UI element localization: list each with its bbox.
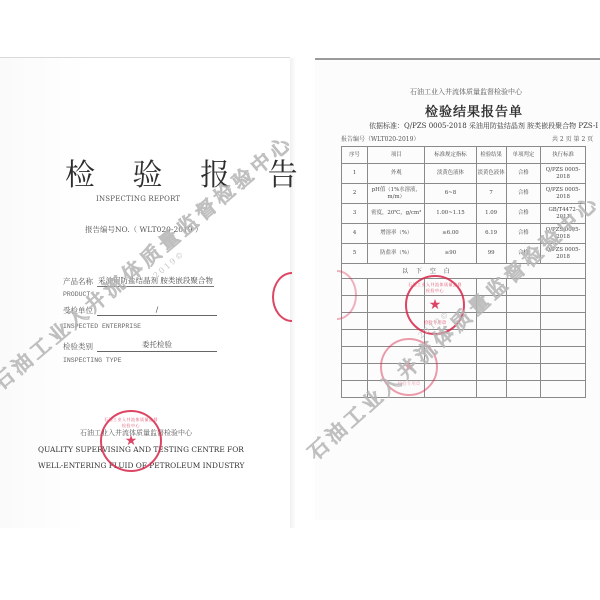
table-cell: 4 [342,224,368,244]
table-cell: 1.09 [476,204,506,224]
results-org: 石油工业入井流体质量监督检验中心 [410,87,522,97]
table-cell [541,381,586,398]
table-cell: 密度，20℃，g/cm³ [368,204,425,224]
blank-row [342,279,586,296]
type-en-label: INSPECTING TYPE [63,357,122,364]
table-cell: 淡黄色液体 [425,164,476,184]
table-cell: pH值（1%水溶液，m/m） [368,184,425,204]
results-report-number: 报告编号（WLT020-2019） [341,134,419,143]
table-cell: 7 [476,184,506,204]
table-cell [476,347,506,364]
table-cell: Q/PZS 0005-2018 [541,164,586,184]
table-cell: 合格 [506,184,540,204]
table-cell [506,381,540,398]
table-cell [541,296,586,313]
table-summary-row: 以 下 空 白 [342,264,586,279]
results-page-info: 共 2 页 第 2 页 [552,134,593,143]
header-cell: 序号 [342,147,368,164]
table-cell [476,330,506,347]
header-cell: 检验结果 [476,147,506,164]
header-cell: 执行标准 [541,147,586,164]
table-cell: 外观 [368,164,425,184]
star-icon: ★ [125,433,138,449]
results-title: 检验结果报告单 [425,101,523,120]
table-cell [342,347,368,364]
type-field: 检验类别 委托检验 [63,339,217,352]
header-cell: 标准规定指标 [425,147,476,164]
table-cell: 3 [342,204,368,224]
table-cell: 6.19 [476,224,506,244]
table-cell [342,364,368,381]
report-title-en: INSPECTING REPORT [96,195,180,203]
table-cell: 防盐率（%） [368,244,425,264]
table-cell: 增溶率（%） [368,224,425,244]
table-cell: 合格 [506,164,540,184]
official-seal: 石油工业入井流体质量监督检验中心 ★ [100,410,162,472]
table-row: 1外观淡黄色液体淡黄色液体合格Q/PZS 0005-2018 [342,164,586,184]
type-value: 委托检验 [97,339,217,352]
table-cell: 6~8 [425,184,476,204]
table-cell [541,347,586,364]
seal-ring-text: 石油工业入井流体质量监督检验中心 [407,282,463,294]
table-cell [541,313,586,330]
table-cell: ≥90 [425,244,476,264]
table-row: 2pH值（1%水溶液，m/m）6~87合格Q/PZS 0005-2018 [342,184,586,204]
table-cell: 合格 [506,204,540,224]
table-cell [476,381,506,398]
table-cell [506,296,540,313]
table-cell [476,364,506,381]
header-cell: 项目 [368,147,425,164]
table-header-row: 序号 项目 标准规定指标 检验结果 单项判定 执行标准 [342,147,586,164]
table-cell: 5 [342,244,368,264]
table-cell [506,364,540,381]
star-icon: ★ [429,297,442,313]
seal-ring-text: 石油工业入井流体质量监督检验中心 [102,417,160,429]
table-cell: 淡黄色液体 [476,164,506,184]
table-cell: 1.00~1.15 [425,204,476,224]
blank-row [342,347,586,364]
blank-below-note: 以 下 空 白 [342,264,586,279]
results-standard: 依据标准：Q/PZS 0005-2018 采油用防盐结晶剂 胺类嵌段聚合物 PZ… [369,121,598,131]
header-cell: 单项判定 [506,147,540,164]
table-cell [506,347,540,364]
table-cell: 2 [342,184,368,204]
table-cell [541,330,586,347]
table-cell [541,364,586,381]
table-cell [506,330,540,347]
table-cell [541,279,586,296]
type-label: 检验类别 [63,341,93,352]
enterprise-value: / [97,305,217,316]
table-cell [506,313,540,330]
table-cell: 1 [342,164,368,184]
results-table: 序号 项目 标准规定指标 检验结果 单项判定 执行标准 1外观淡黄色液体淡黄色液… [341,146,586,398]
table-cell: ≥6.00 [425,224,476,244]
table-cell [342,330,368,347]
